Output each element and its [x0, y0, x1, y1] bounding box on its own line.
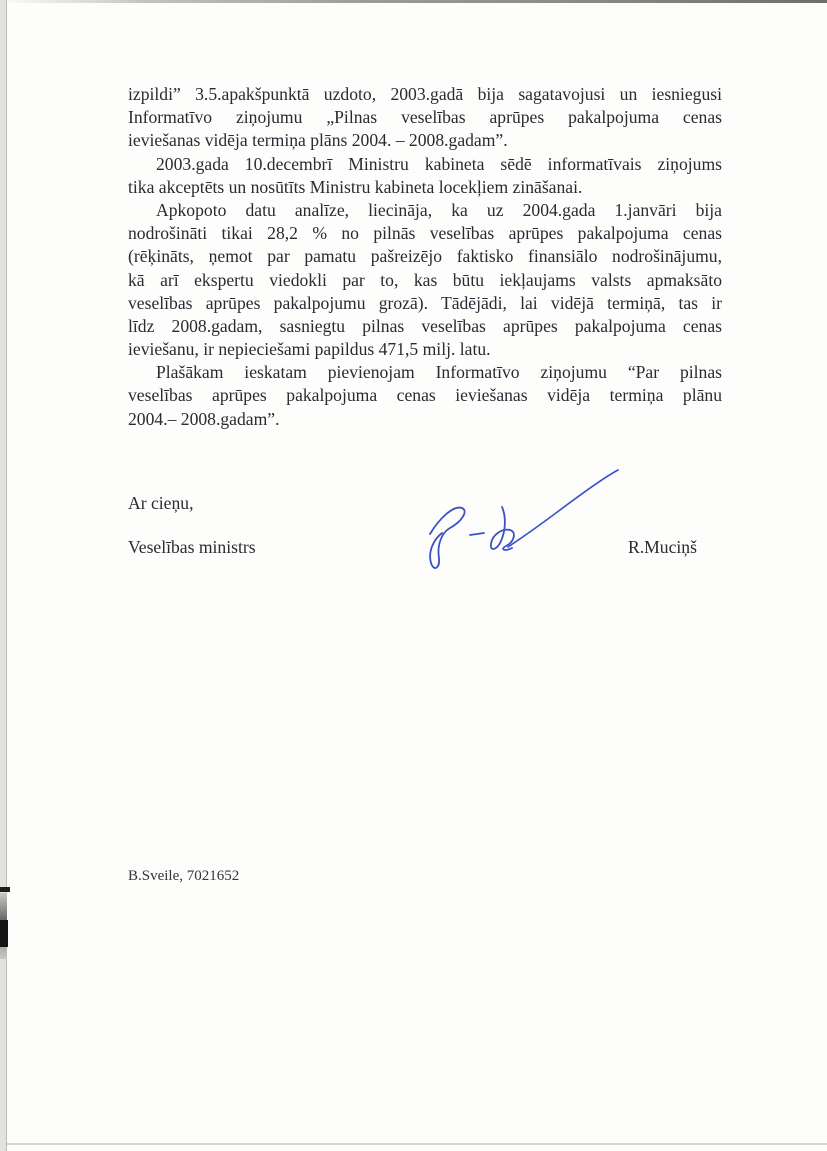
body-text-line: ieviešanas vidēja termiņa plāns 2004. – … [128, 129, 722, 152]
letter-body: izpildi” 3.5.apakšpunktā uzdoto, 2003.ga… [128, 83, 722, 431]
scan-artifact-line [0, 887, 10, 892]
scan-edge-bottom [7, 1143, 827, 1145]
body-text-line: veselības aprūpes pakalpojumu grozā). Tā… [128, 292, 722, 315]
body-text-line: Plašākam ieskatam pievienojam Informatīv… [128, 361, 722, 384]
scan-edge-left [0, 0, 7, 1151]
signer-title: Veselības ministrs [128, 536, 256, 559]
body-text-line: veselības aprūpes pakalpojuma cenas ievi… [128, 384, 722, 407]
closing-salutation: Ar cieņu, [128, 492, 193, 515]
handwritten-signature-icon [415, 460, 630, 585]
body-text-line: nodrošināti tikai 28,2 % no pilnās vesel… [128, 222, 722, 245]
footer-contact: B.Sveile, 7021652 [128, 867, 239, 886]
body-text-line: 2003.gada 10.decembrī Ministru kabineta … [128, 153, 722, 176]
body-text-line: izpildi” 3.5.apakšpunktā uzdoto, 2003.ga… [128, 83, 722, 106]
body-text-line: tika akceptēts un nosūtīts Ministru kabi… [128, 176, 722, 199]
body-text-line: Apkopoto datu analīze, liecināja, ka uz … [128, 199, 722, 222]
scanned-document-page: izpildi” 3.5.apakšpunktā uzdoto, 2003.ga… [0, 0, 827, 1151]
scan-artifact-block [0, 920, 8, 947]
body-text-line: ieviešanu, ir nepieciešami papildus 471,… [128, 338, 722, 361]
body-text-line: Informatīvo ziņojumu „Pilnas veselības a… [128, 106, 722, 129]
signer-name: R.Muciņš [628, 536, 697, 559]
body-text-line: kā arī ekspertu viedokli par to, kas būt… [128, 269, 722, 292]
body-text-line: līdz 2008.gadam, sasniegtu pilnas veselī… [128, 315, 722, 338]
body-text-line: (rēķināts, ņemot par pamatu pašreizējo f… [128, 245, 722, 268]
body-text-line: 2004.– 2008.gadam”. [128, 408, 722, 431]
scan-edge-top [0, 0, 827, 3]
